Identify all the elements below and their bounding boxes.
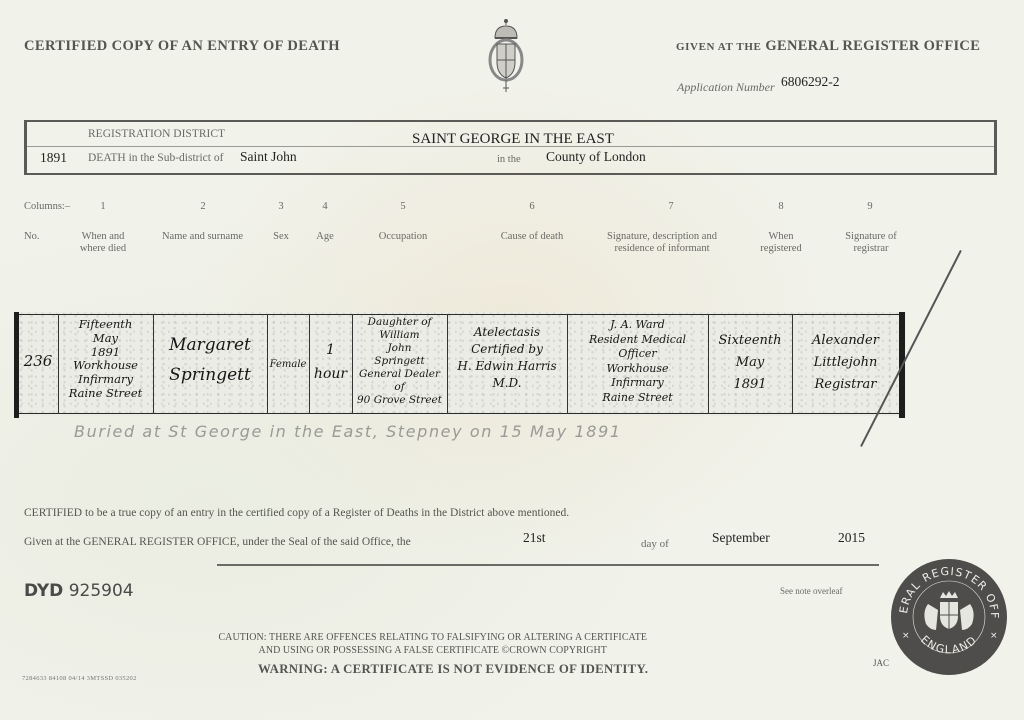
signature-line [217, 564, 879, 566]
document-title: CERTIFIED COPY OF AN ENTRY OF DEATH [24, 38, 340, 55]
svg-text:×: × [990, 631, 998, 641]
registration-year: 1891 [40, 150, 67, 166]
column-header-occupation: Occupation [370, 231, 436, 243]
serial-prefix: DYD [24, 581, 63, 601]
caution-notice: CAUTION: THERE ARE OFFENCES RELATING TO … [200, 631, 666, 656]
caution-line: AND USING OR POSSESSING A FALSE CERTIFIC… [200, 644, 666, 657]
columns-label: Columns:– [24, 201, 70, 213]
column-header-informant: Signature, description and residence of … [595, 231, 729, 255]
column-number: 6 [526, 201, 538, 213]
subdistrict: Saint John [240, 149, 297, 165]
column-header-registrar: Signature of registrar [830, 231, 912, 255]
application-number-label: Application Number [677, 80, 775, 95]
entry-when-where-died: Fifteenth May 1891 Workhouse Infirmary R… [58, 318, 153, 401]
column-number: 4 [319, 201, 331, 213]
column-number: 1 [97, 201, 109, 213]
column-header-sex: Sex [265, 231, 297, 243]
column-header-when-registered: When registered [745, 231, 817, 255]
see-note-overleaf: See note overleaf [780, 586, 842, 596]
issuing-office: GIVEN AT THE GENERAL REGISTER OFFICE [676, 38, 980, 55]
entry-when-registered: Sixteenth May 1891 [708, 330, 792, 396]
registration-district-label: REGISTRATION DISTRICT [88, 128, 225, 140]
royal-crest-icon [487, 18, 525, 94]
column-number: 9 [864, 201, 876, 213]
entry-bottom-rule [18, 413, 902, 414]
county: County of London [546, 149, 646, 165]
clerk-initials: JAC [873, 658, 889, 668]
certification-statement: CERTIFIED to be a true copy of an entry … [24, 507, 569, 519]
registration-district: SAINT GEORGE IN THE EAST [412, 131, 614, 148]
gro-seal-icon: GENERAL REGISTER OFFICE ENGLAND × × [890, 558, 1008, 676]
column-number: 8 [775, 201, 787, 213]
entry-cause-of-death: Atelectasis Certified by H. Edwin Harris… [447, 324, 567, 392]
entry-informant: J. A. Ward Resident Medical Officer Work… [567, 318, 708, 405]
column-header-when-where: When and where died [60, 231, 146, 255]
column-header-name: Name and surname [150, 231, 255, 243]
entry-name: Margaret Springett [153, 330, 267, 390]
given-at-statement: Given at the GENERAL REGISTER OFFICE, un… [24, 536, 411, 548]
burial-annotation: Buried at St George in the East, Stepney… [74, 422, 622, 441]
column-number: 2 [197, 201, 209, 213]
day-of-label: day of [641, 538, 669, 550]
serial-number: 925904 [69, 581, 134, 601]
identity-warning: WARNING: A CERTIFICATE IS NOT EVIDENCE O… [258, 662, 648, 677]
print-code: 7284633 84108 04/14 3MTSSD 035202 [22, 675, 137, 682]
caution-line: CAUTION: THERE ARE OFFENCES RELATING TO … [200, 631, 666, 644]
column-header-cause: Cause of death [490, 231, 574, 243]
application-number: 6806292-2 [781, 74, 840, 90]
entry-registrar: Alexander Littlejohn Registrar [792, 330, 899, 396]
column-number: 7 [665, 201, 677, 213]
column-number: 3 [275, 201, 287, 213]
certification-month: September [712, 530, 770, 546]
entry-number: 236 [18, 355, 58, 369]
svg-text:×: × [902, 631, 910, 641]
entry-top-rule [18, 314, 902, 315]
certification-day: 21st [523, 530, 546, 546]
entry-sex: Female [267, 358, 309, 372]
certification-year: 2015 [838, 530, 865, 546]
entry-occupation: Daughter of William John Springett Gener… [352, 316, 447, 407]
column-number: 5 [397, 201, 409, 213]
column-header-no: No. [24, 231, 39, 243]
column-header-age: Age [309, 231, 341, 243]
entry-age: 1 hour [309, 338, 352, 386]
certificate-serial: DYD 925904 [24, 581, 134, 601]
subdistrict-label: DEATH in the Sub-district of [88, 152, 223, 164]
county-label: in the [497, 154, 521, 165]
